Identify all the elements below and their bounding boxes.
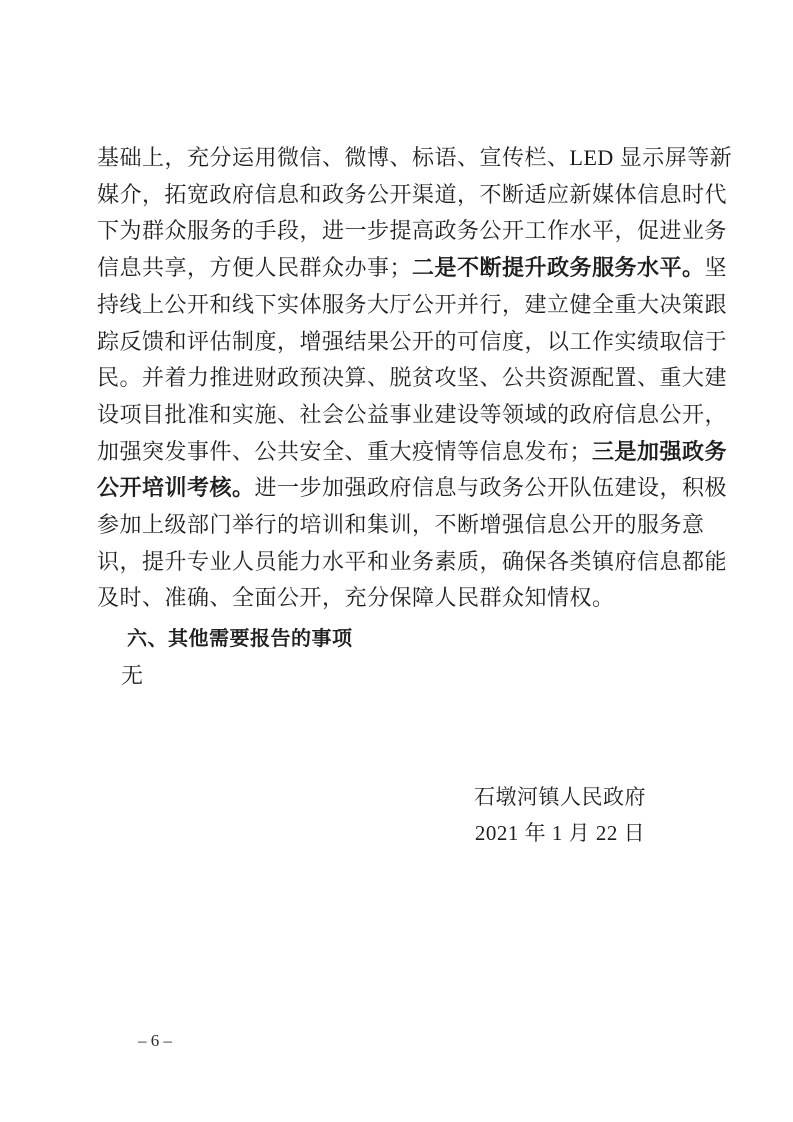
document-page: 基础上，充分运用微信、微博、标语、宣传栏、LED 显示屏等新 媒介，拓宽政府信息… bbox=[0, 0, 793, 1122]
text-segment-bold: 公开培训考核。 bbox=[97, 475, 255, 500]
text-segment: 民。并着力推进财政预决算、脱贫攻坚、公共资源配置、重大建 bbox=[97, 365, 727, 390]
body-line: 参加上级部门举行的培训和集训，不断增强信息公开的服务意 bbox=[97, 507, 697, 544]
body-line: 公开培训考核。进一步加强政府信息与政务公开队伍建设，积极 bbox=[97, 470, 697, 507]
issue-date: 2021 年 1 月 22 日 bbox=[385, 815, 735, 851]
text-segment: 媒介，拓宽政府信息和政务公开渠道，不断适应新媒体信息时代 bbox=[97, 182, 727, 207]
body-line: 下为群众服务的手段，进一步提高政务公开工作水平，促进业务 bbox=[97, 213, 697, 250]
body-line: 及时、准确、全面公开，充分保障人民群众知情权。 bbox=[97, 580, 697, 617]
text-segment: 参加上级部门举行的培训和集训，不断增强信息公开的服务意 bbox=[97, 512, 705, 537]
body-line: 加强突发事件、公共安全、重大疫情等信息发布；三是加强政务 bbox=[97, 434, 697, 471]
text-segment: 进一步加强政府信息与政务公开队伍建设，积极 bbox=[255, 475, 728, 500]
text-segment: 识，提升专业人员能力水平和业务素质，确保各类镇府信息都能 bbox=[97, 549, 727, 574]
text-segment: 坚 bbox=[705, 255, 728, 280]
body-line: 设项目批准和实施、社会公益事业建设等领域的政府信息公开， bbox=[97, 397, 697, 434]
text-segment: 及时、准确、全面公开，充分保障人民群众知情权。 bbox=[97, 585, 615, 610]
text-segment: 踪反馈和评估制度，增强结果公开的可信度，以工作实绩取信于 bbox=[97, 329, 727, 354]
page-number: – 6 – bbox=[110, 1031, 200, 1051]
text-segment: 设项目批准和实施、社会公益事业建设等领域的政府信息公开， bbox=[97, 402, 727, 427]
paragraph-none: 无 bbox=[97, 658, 697, 695]
text-segment-bold: 三是加强政务 bbox=[592, 439, 727, 464]
text-segment: 基础上，充分运用微信、微博、标语、宣传栏、LED 显示屏等新 bbox=[97, 145, 732, 170]
issuing-authority: 石墩河镇人民政府 bbox=[385, 779, 735, 815]
section-heading-text: 六、其他需要报告的事项 bbox=[127, 628, 353, 650]
body-line: 基础上，充分运用微信、微博、标语、宣传栏、LED 显示屏等新 bbox=[97, 140, 697, 177]
text-segment: 信息共享，方便人民群众办事； bbox=[97, 255, 412, 280]
body-line: 识，提升专业人员能力水平和业务素质，确保各类镇府信息都能 bbox=[97, 544, 697, 581]
none-text: 无 bbox=[121, 663, 144, 688]
body-line: 信息共享，方便人民群众办事；二是不断提升政务服务水平。坚 bbox=[97, 250, 697, 287]
section-heading: 六、其他需要报告的事项 bbox=[97, 621, 697, 658]
document-body: 基础上，充分运用微信、微博、标语、宣传栏、LED 显示屏等新 媒介，拓宽政府信息… bbox=[97, 140, 697, 695]
body-line: 民。并着力推进财政预决算、脱贫攻坚、公共资源配置、重大建 bbox=[97, 360, 697, 397]
body-line: 持线上公开和线下实体服务大厅公开并行，建立健全重大决策跟 bbox=[97, 287, 697, 324]
text-segment: 加强突发事件、公共安全、重大疫情等信息发布； bbox=[97, 439, 592, 464]
body-line: 踪反馈和评估制度，增强结果公开的可信度，以工作实绩取信于 bbox=[97, 324, 697, 361]
text-segment: 持线上公开和线下实体服务大厅公开并行，建立健全重大决策跟 bbox=[97, 292, 727, 317]
text-segment: 下为群众服务的手段，进一步提高政务公开工作水平，促进业务 bbox=[97, 218, 727, 243]
signature-block: 石墩河镇人民政府 2021 年 1 月 22 日 bbox=[385, 779, 735, 851]
body-line: 媒介，拓宽政府信息和政务公开渠道，不断适应新媒体信息时代 bbox=[97, 177, 697, 214]
text-segment-bold: 二是不断提升政务服务水平。 bbox=[412, 255, 705, 280]
